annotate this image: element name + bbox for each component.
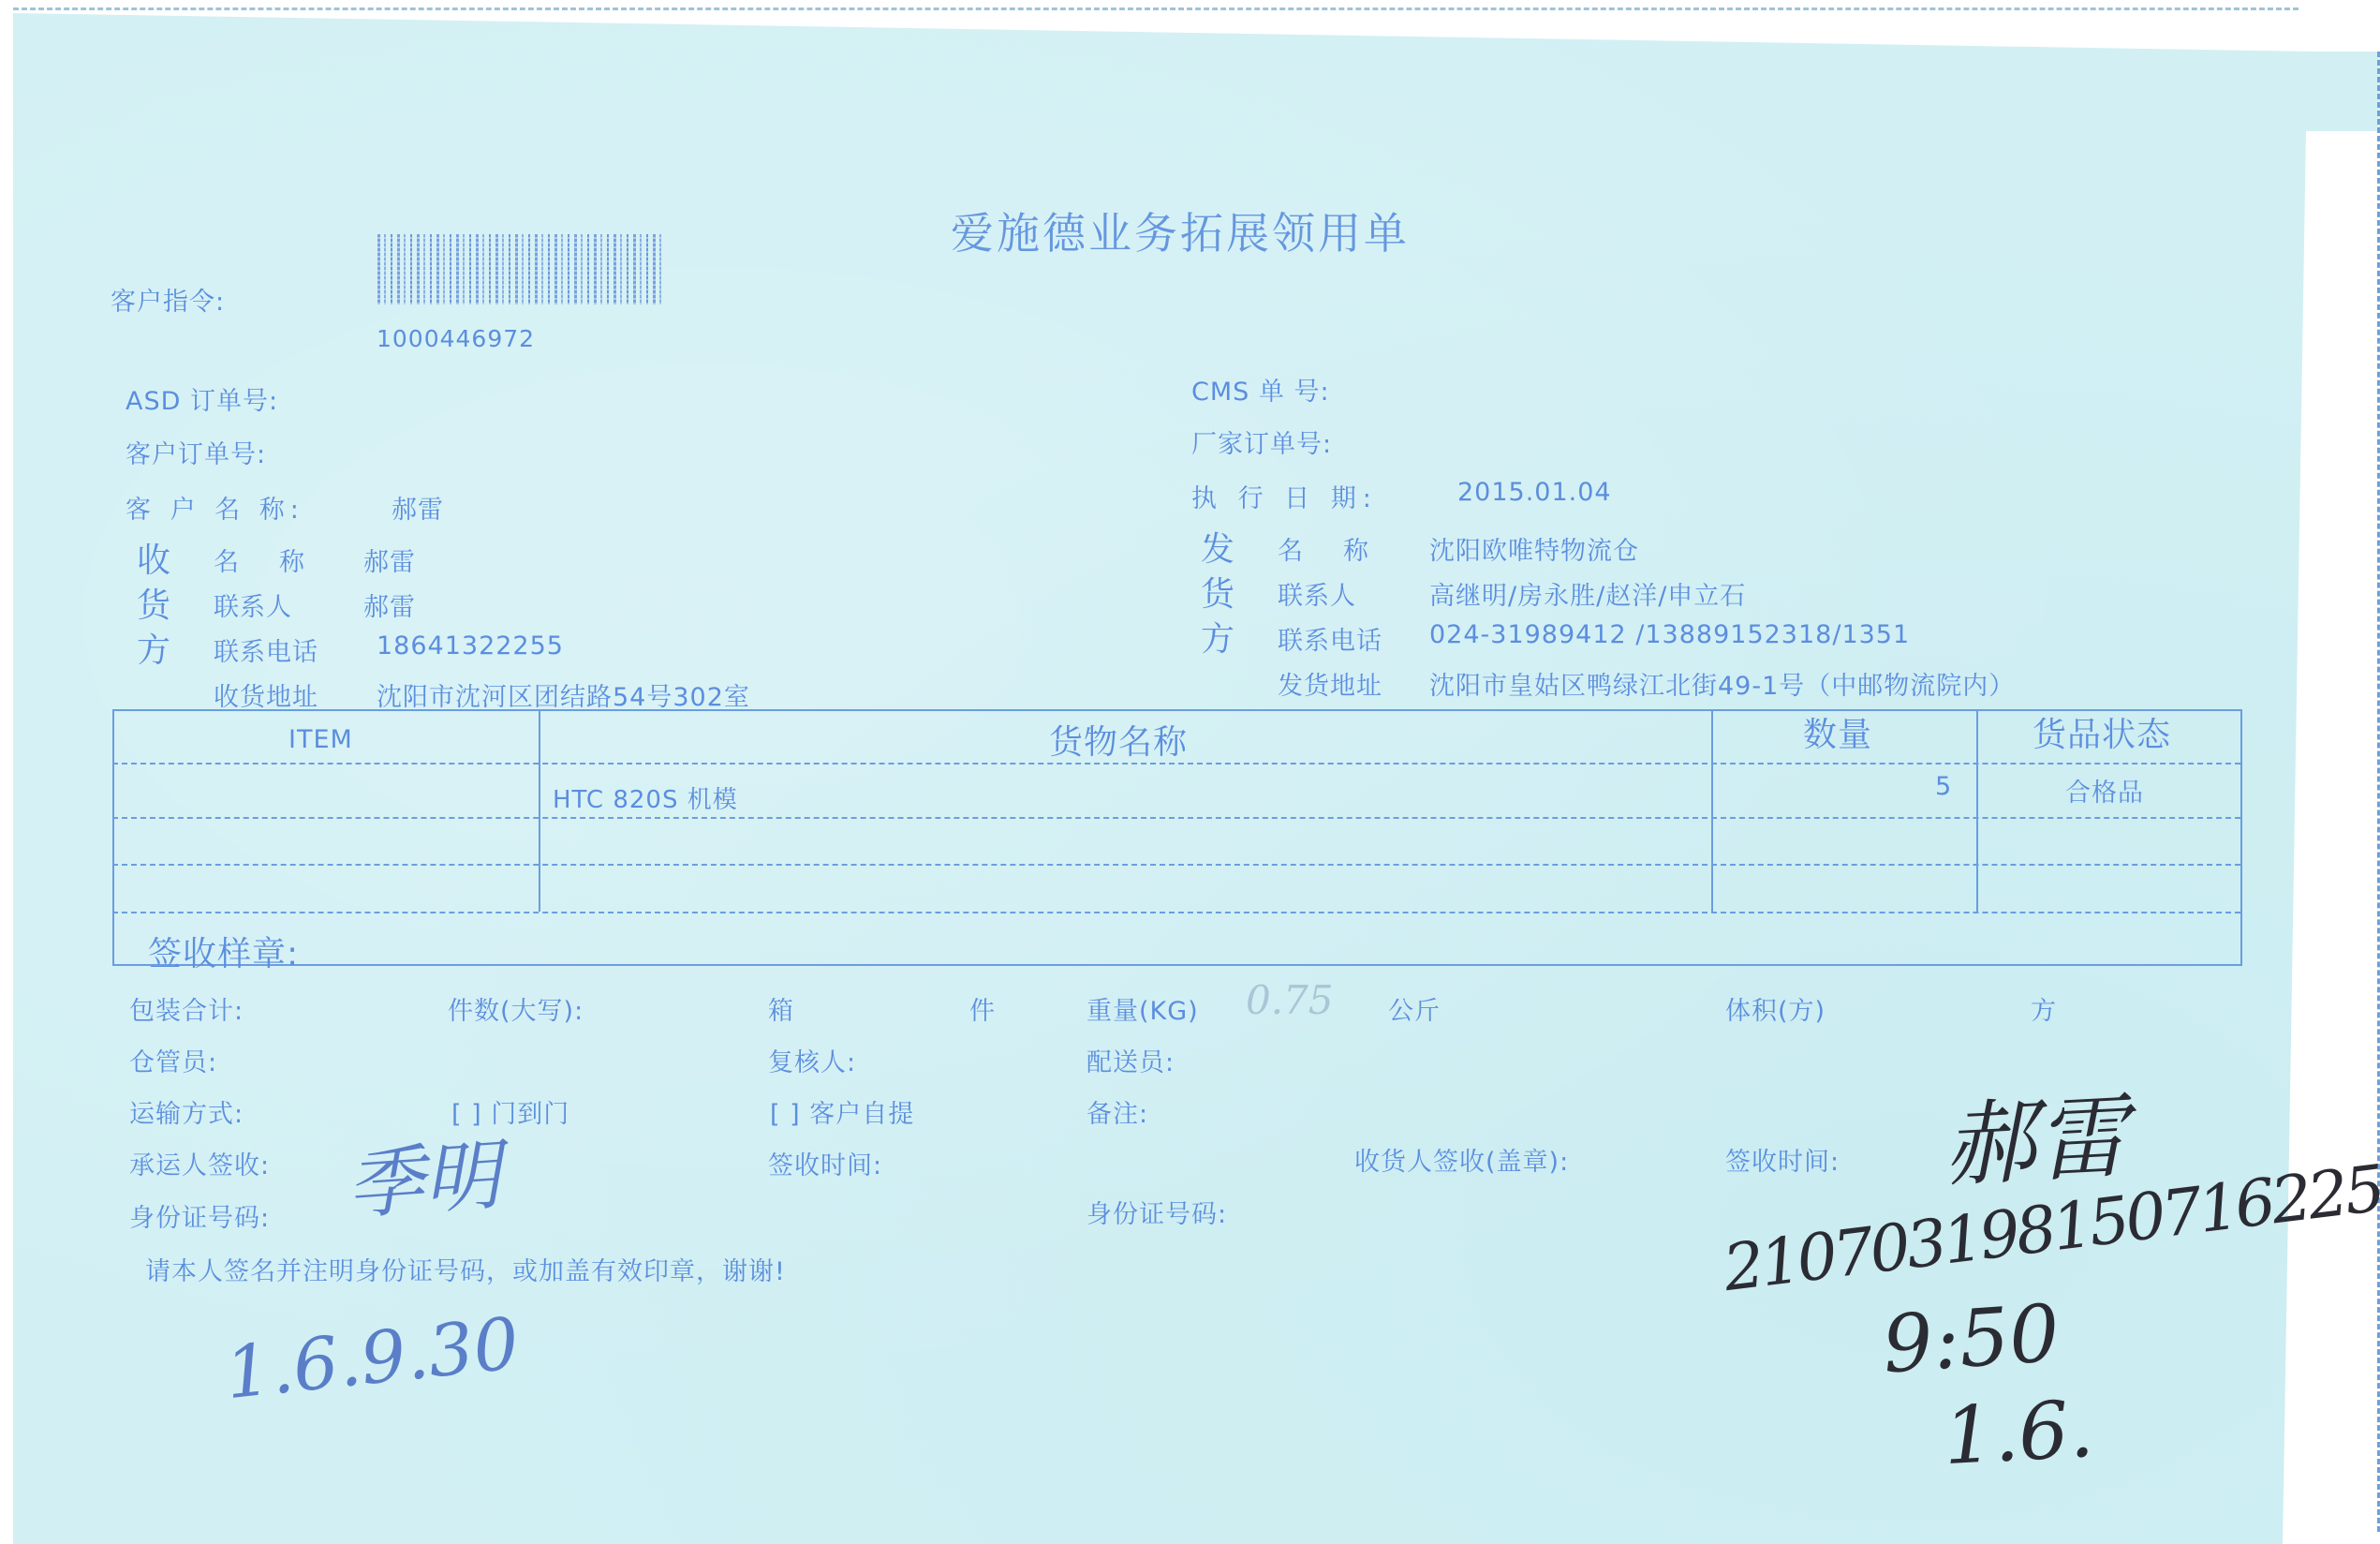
factory-order-label: 厂家订单号:: [1191, 423, 1332, 460]
stamp-label: 签收样章:: [148, 928, 299, 975]
transport-self-pickup-checkbox[interactable]: [ ] 客户自提: [770, 1093, 914, 1130]
receiver-phone-label: 联系电话: [214, 631, 318, 668]
sign-time-label: 签收时间:: [768, 1145, 882, 1181]
piece-unit: 件: [969, 990, 996, 1027]
transport-label: 运输方式:: [129, 1093, 244, 1130]
table-col-line: [1976, 709, 1978, 912]
id-number-right-label: 身份证号码:: [1087, 1194, 1227, 1230]
customer-instruction-label: 客户指令:: [111, 281, 225, 318]
receiver-sign-time-label: 签收时间:: [1725, 1141, 1840, 1178]
table-row-line: [112, 864, 2240, 866]
table-row-1-status: 合格品: [2065, 772, 2144, 809]
table-header-item: ITEM: [288, 725, 353, 754]
id-number-left-label: 身份证号码:: [129, 1197, 270, 1234]
sender-address-value: 沈阳市皇姑区鸭绿江北街49-1号（中邮物流院内）: [1429, 665, 2015, 702]
weight-label: 重量(KG): [1087, 990, 1199, 1027]
receiver-side-char-3: 方: [137, 624, 171, 672]
receiver-contact-value: 郝雷: [363, 586, 416, 623]
table-header-status: 货品状态: [2033, 708, 2171, 756]
sender-side-char-3: 方: [1201, 613, 1235, 661]
table-col-line: [1711, 709, 1713, 912]
volume-unit: 方: [2031, 990, 2057, 1027]
table-header-quantity: 数量: [1803, 708, 1872, 756]
sender-contact-label: 联系人: [1278, 575, 1356, 612]
sender-phone-value: 024-31989412 /13889152318/1351: [1429, 620, 1910, 649]
receiver-side-char-1: 收: [137, 534, 171, 582]
top-perforation: [13, 7, 2299, 10]
customer-name-label: 客 户 名 称:: [126, 489, 304, 526]
remark-label: 备注:: [1087, 1093, 1148, 1130]
sender-name-value: 沈阳欧唯特物流仓: [1429, 530, 1639, 567]
warehouse-keeper-label: 仓管员:: [129, 1042, 217, 1078]
barcode-number: 1000446972: [377, 325, 535, 352]
signature-notice: 请本人签名并注明身份证号码，或加盖有效印章，谢谢!: [145, 1251, 786, 1287]
receiver-name-value: 郝雷: [363, 542, 416, 578]
document-title: 爱施德业务拓展领用单: [951, 200, 1410, 261]
asd-order-label: ASD 订单号:: [126, 380, 278, 417]
receiver-name-label: 名 称: [214, 542, 312, 578]
cms-no-label: CMS 单 号:: [1191, 371, 1330, 408]
table-row-line: [112, 817, 2240, 819]
box-unit: 箱: [768, 990, 794, 1027]
exec-date-label: 执 行 日 期:: [1191, 478, 1378, 514]
weight-value: 0.75: [1246, 977, 1334, 1023]
receiver-address-label: 收货地址: [214, 676, 318, 713]
receiver-address-value: 沈阳市沈河区团结路54号302室: [377, 676, 750, 713]
carrier-sign-label: 承运人签收:: [129, 1145, 270, 1181]
receiver-side-char-2: 货: [137, 579, 171, 627]
reviewer-label: 复核人:: [768, 1042, 856, 1078]
receiver-contact-label: 联系人: [214, 586, 292, 623]
pieces-upper-label: 件数(大写):: [448, 990, 584, 1027]
receiver-phone-value: 18641322255: [377, 631, 564, 661]
receiver-signature-handwriting: 郝雷: [1940, 1063, 2130, 1205]
receiver-date-handwriting: 1.6.: [1942, 1383, 2096, 1482]
carrier-signature-handwriting: 季明: [343, 1114, 504, 1234]
receiver-sign-label: 收货人签收(盖章):: [1354, 1141, 1569, 1178]
sender-side-char-1: 发: [1201, 523, 1235, 571]
weight-unit: 公斤: [1388, 990, 1441, 1027]
table-row-1-quantity: 5: [1935, 772, 1952, 801]
barcode-icon: [377, 234, 663, 304]
sender-phone-label: 联系电话: [1278, 620, 1382, 657]
customer-order-label: 客户订单号:: [126, 434, 266, 470]
table-row-1-goods-name: HTC 820S 机模: [553, 780, 738, 815]
table-col-line: [539, 709, 540, 912]
customer-name-value: 郝雷: [392, 489, 444, 526]
receiver-time-handwriting: 9:50: [1880, 1287, 2062, 1391]
sender-side-char-2: 货: [1201, 568, 1235, 616]
exec-date-value: 2015.01.04: [1457, 478, 1612, 507]
table-row-line: [112, 912, 2240, 913]
volume-label: 体积(方): [1725, 990, 1826, 1027]
table-header-goods-name: 货物名称: [1049, 716, 1188, 764]
sender-address-label: 发货地址: [1278, 665, 1382, 702]
table-top-line: [112, 709, 2240, 711]
deliverer-label: 配送员:: [1087, 1042, 1175, 1078]
sender-contact-value: 高继明/房永胜/赵洋/申立石: [1429, 575, 1746, 612]
package-total-label: 包装合计:: [129, 990, 244, 1027]
sender-name-label: 名 称: [1278, 530, 1376, 567]
